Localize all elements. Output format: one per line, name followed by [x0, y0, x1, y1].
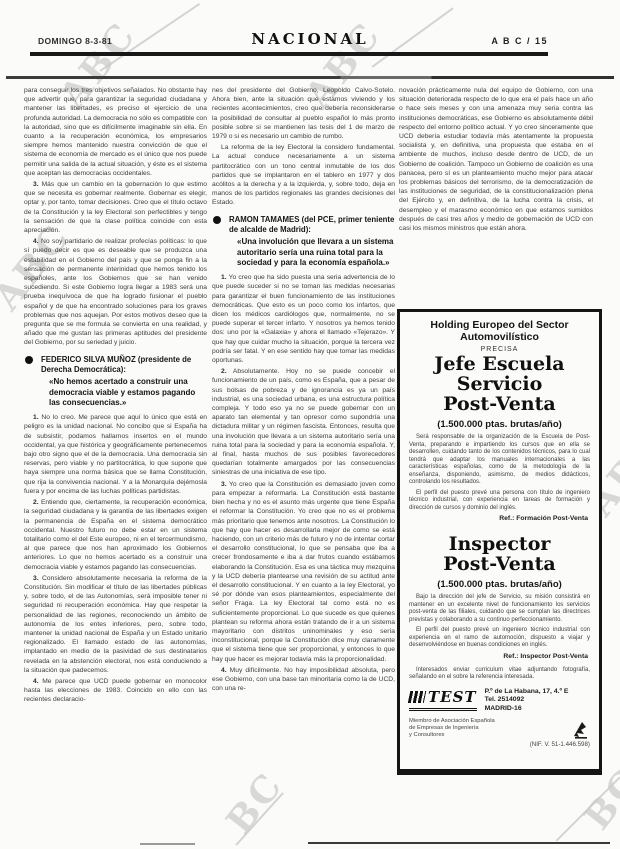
bottom-rule — [140, 843, 195, 845]
article-paragraph: 3. Más que un cambio en la gobernación l… — [24, 180, 207, 235]
association-emblem-icon — [568, 721, 590, 739]
top-body-rule — [6, 76, 614, 79]
applicant-note: Interesados enviar curriculum vitae adju… — [409, 667, 590, 682]
test-logo: TEST — [409, 688, 477, 711]
interviewee-quote: «No hemos acertado a construir una democ… — [49, 377, 207, 409]
page-number: A B C / 15 — [491, 36, 548, 46]
article-paragraph: 2. Entiendo que, ciertamente, la recuper… — [24, 498, 207, 572]
ad-precisa-label: PRECISA — [409, 346, 590, 353]
article-paragraph: 3. Considero absolutamente necesaria la … — [24, 574, 207, 675]
answer-number: 3. — [33, 181, 39, 188]
ad-company-name: Automovilístico — [409, 331, 590, 343]
job-ad-box: Holding Europeo del Sector Automovilísti… — [397, 309, 602, 775]
interviewee-heading: RAMON TAMAMES (del PCE, primer teniente … — [212, 215, 395, 270]
bullet-icon — [213, 216, 221, 224]
ad-address: P.º de La Habana, 17, 4.º E Tel. 2514092… — [485, 688, 569, 714]
article-paragraph: nes del presidente del Gobierno, Leopold… — [212, 86, 395, 141]
answer-number: 2. — [33, 499, 39, 506]
article-column-1: para conseguir los tres objetivos señala… — [24, 86, 207, 795]
test-logo-mark-icon — [408, 691, 427, 703]
ad-job-title: Post-Venta — [409, 394, 590, 414]
newspaper-page: ABC ABC ABC ABC BC BC DOMINGO 8-3-81 NAC… — [0, 0, 620, 849]
ad-paragraph: El perfil del puesto prevé una persona c… — [409, 490, 590, 513]
ad-job-title: Servicio — [409, 374, 590, 394]
interviewee-name: RAMON TAMAMES — [229, 215, 299, 224]
answer-number: 3. — [221, 481, 227, 488]
answer-number: 3. — [33, 575, 39, 582]
registry-number: (NIF. V. 51-1.446.598) — [409, 741, 590, 748]
answer-number: 1. — [33, 414, 39, 421]
ad-paragraph: El perfil del puesto prevé un ingeniero … — [409, 627, 590, 650]
scan-scratch-line — [235, 792, 283, 845]
answer-number: 4. — [33, 678, 39, 685]
article-paragraph: para conseguir los tres objetivos señala… — [24, 86, 207, 178]
interviewee-quote: «Una involución que llevara a un sistema… — [237, 237, 395, 269]
ad-job-title: Jefe Escuela — [409, 354, 590, 374]
article-paragraph: La reforma de la ley Electoral la consid… — [212, 143, 395, 207]
article-paragraph: 2. Absolutamente. Hoy no se puede conceb… — [212, 367, 395, 477]
membership-note: Miembro de Asociación Española de Empres… — [409, 718, 495, 739]
answer-number: 4. — [33, 238, 39, 245]
test-logo-text: TEST — [428, 688, 477, 706]
ad-reference: Ref.: Formación Post-Venta — [409, 515, 588, 522]
ad-job-title: Post-Venta — [409, 554, 590, 574]
article-column-2: nes del presidente del Gobierno, Leopold… — [212, 86, 395, 795]
interviewee-heading: FEDERICO SILVA MUÑOZ (presidente de Dere… — [24, 355, 207, 410]
ad-reference: Ref.: Inspector Post-Venta — [409, 653, 588, 660]
article-paragraph: 4. No soy partidario de realizar profecí… — [24, 237, 207, 347]
ad-salary: (1.500.000 ptas. brutas/año) — [409, 579, 590, 590]
ad-company-name: Holding Europeo del Sector — [409, 319, 590, 331]
article-paragraph: 4. Muy difícilmente. No hay imposibilida… — [212, 666, 395, 694]
article-paragraph: 1. Yo creo que ha sido puesta una seria … — [212, 273, 395, 365]
article-paragraph: 4. Me parece que UCD puede gobernar en m… — [24, 677, 207, 705]
answer-number: 1. — [221, 274, 227, 281]
ad-paragraph: Será responsable de la organización de l… — [409, 434, 590, 487]
answer-number: 4. — [221, 667, 227, 674]
ad-salary: (1.500.000 ptas. brutas/año) — [409, 419, 590, 430]
article-column-3: novación prácticamente nula del equipo d… — [399, 86, 593, 308]
bottom-rule — [308, 842, 610, 844]
article-paragraph: 1. No lo creo. Me parece que aquí lo úni… — [24, 413, 207, 496]
scan-scratch-line — [555, 777, 620, 842]
answer-number: 2. — [221, 368, 227, 375]
article-paragraph: novación prácticamente nula del equipo d… — [399, 86, 593, 233]
interviewee-name: FEDERICO SILVA MUÑOZ — [41, 355, 136, 364]
article-paragraph: 3. Yo creo que la Constitución es demasi… — [212, 480, 395, 664]
ad-paragraph: Bajo la dirección del jefe de Servicio, … — [409, 594, 590, 624]
ad-job-title: Inspector — [409, 534, 590, 554]
header-rule — [30, 52, 548, 56]
bullet-icon — [25, 356, 33, 364]
